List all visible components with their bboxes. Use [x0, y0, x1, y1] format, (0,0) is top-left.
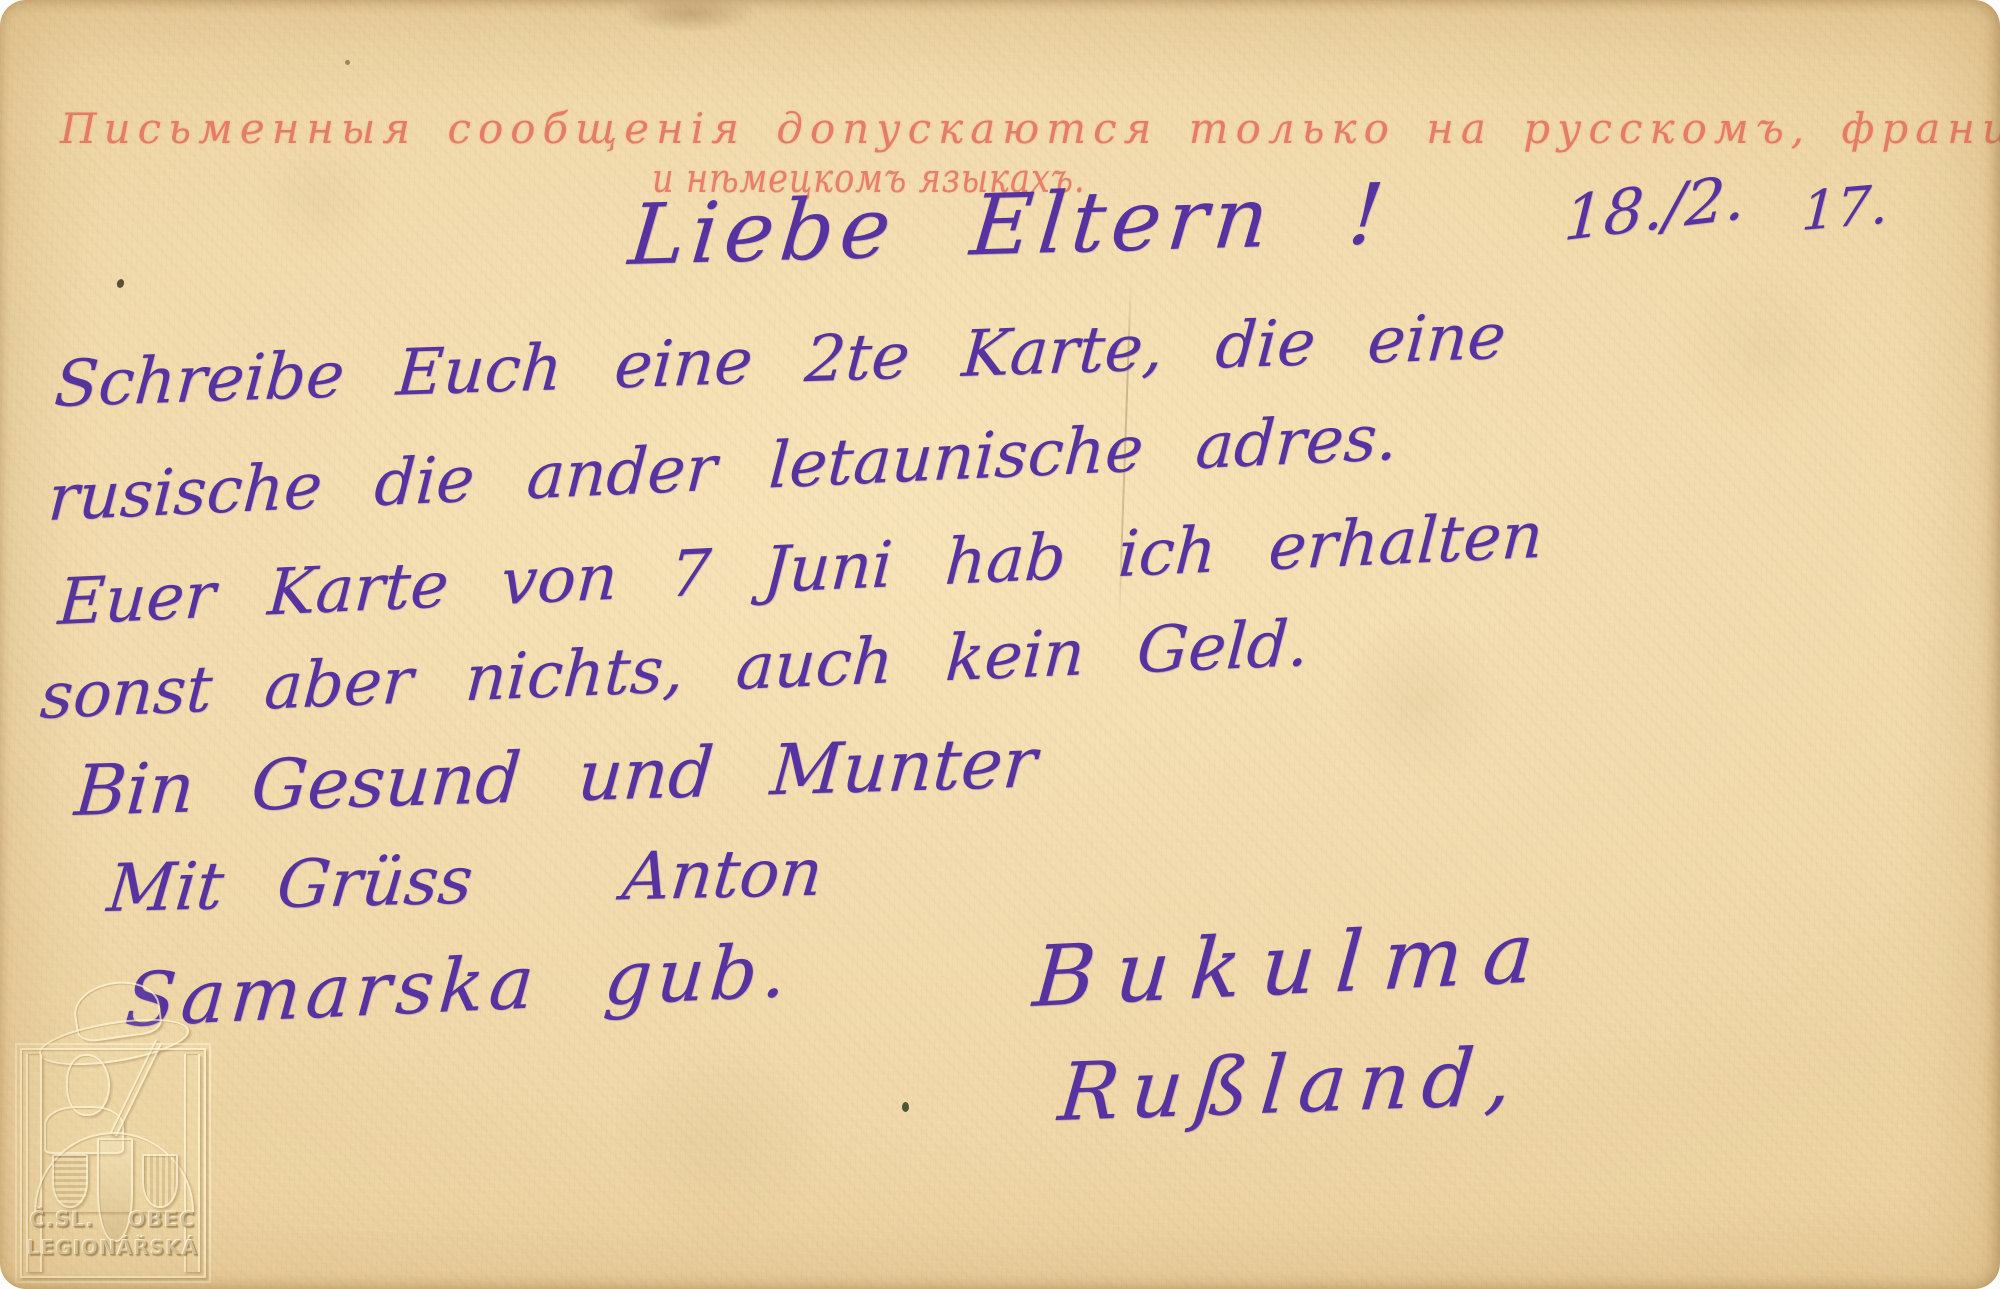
postcard-scan: Письменныя сообщенія допускаются только … — [0, 0, 2000, 1289]
edge-vignette — [0, 0, 2000, 1289]
